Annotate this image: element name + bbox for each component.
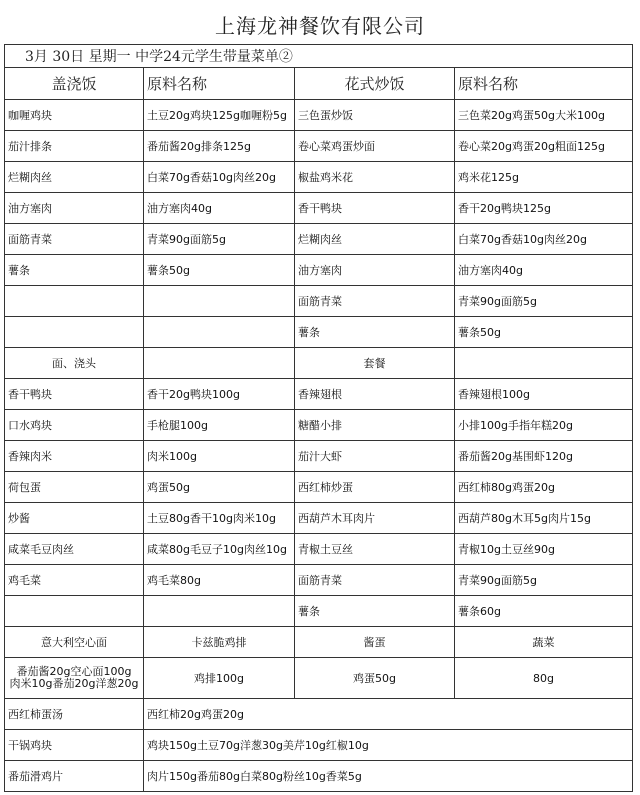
ingredients: 油方塞肉40g [144, 193, 295, 224]
menu-table: 3月 30日 星期一 中学24元学生带量菜单② 盖浇饭 原料名称 花式炒饭 原料… [4, 44, 633, 792]
header-noodles: 面、浇头 [5, 348, 144, 379]
ingredients: 青椒10g土豆丝90g [455, 534, 633, 565]
dish-name: 茄汁排条 [5, 131, 144, 162]
header-blank [144, 348, 295, 379]
dish-name: 茄汁大虾 [295, 441, 455, 472]
header-ingredients-2: 原料名称 [455, 68, 633, 100]
ingredients: 小排100g手指年糕20g [455, 410, 633, 441]
ingredients: 薯条50g [455, 317, 633, 348]
dish-name: 面筋青菜 [5, 224, 144, 255]
dish-name: 咖喱鸡块 [5, 100, 144, 131]
pasta-ingredients: 番茄酱20g空心面100g 肉米10g番茄20g洋葱20g [5, 658, 144, 699]
dish-name: 干锅鸡块 [5, 730, 144, 761]
ingredients: 西红柿80g鸡蛋20g [455, 472, 633, 503]
table-row: 面筋青菜 青菜90g面筋5g [5, 286, 633, 317]
dish-name: 香干鸭块 [5, 379, 144, 410]
ingredients: 青菜90g面筋5g [144, 224, 295, 255]
ingredients: 白菜70g香菇10g肉丝20g [455, 224, 633, 255]
header-vegetables: 蔬菜 [455, 627, 633, 658]
ingredients: 油方塞肉40g [455, 255, 633, 286]
header-row: 盖浇饭 原料名称 花式炒饭 原料名称 [5, 68, 633, 100]
dish-name: 卷心菜鸡蛋炒面 [295, 131, 455, 162]
header-braised-egg: 酱蛋 [295, 627, 455, 658]
dish-name: 番茄滑鸡片 [5, 761, 144, 792]
dish-name: 烂糊肉丝 [5, 162, 144, 193]
table-row: 面筋青菜 青菜90g面筋5g 烂糊肉丝 白菜70g香菇10g肉丝20g [5, 224, 633, 255]
ingredients: 肉片150g番茄80g白菜80g粉丝10g香菜5g [144, 761, 633, 792]
dish-name: 荷包蛋 [5, 472, 144, 503]
header-fried-rice: 花式炒饭 [295, 68, 455, 100]
chicken-cutlet-ingredients: 鸡排100g [144, 658, 295, 699]
ingredients: 青菜90g面筋5g [455, 286, 633, 317]
dish-name: 香辣翅根 [295, 379, 455, 410]
header-pasta: 意大利空心面 [5, 627, 144, 658]
header-chicken-cutlet: 卡兹脆鸡排 [144, 627, 295, 658]
dish-name: 薯条 [295, 317, 455, 348]
ingredients: 西葫芦80g木耳5g肉片15g [455, 503, 633, 534]
ingredients: 鸡蛋50g [144, 472, 295, 503]
dish-name: 口水鸡块 [5, 410, 144, 441]
table-row: 香干鸭块 香干20g鸭块100g 香辣翅根 香辣翅根100g [5, 379, 633, 410]
table-row: 薯条 薯条50g [5, 317, 633, 348]
ingredients: 薯条50g [144, 255, 295, 286]
company-title: 上海龙神餐饮有限公司 [0, 10, 640, 39]
table-row: 干锅鸡块 鸡块150g土豆70g洋葱30g美芹10g红椒10g [5, 730, 633, 761]
ingredients: 西红柿20g鸡蛋20g [144, 699, 633, 730]
table-row: 咖喱鸡块 土豆20g鸡块125g咖喱粉5g 三色蛋炒饭 三色菜20g鸡蛋50g大… [5, 100, 633, 131]
table-row: 烂糊肉丝 白菜70g香菇10g肉丝20g 椒盐鸡米花 鸡米花125g [5, 162, 633, 193]
table-row: 鸡毛菜 鸡毛菜80g 面筋青菜 青菜90g面筋5g [5, 565, 633, 596]
section-header-row: 意大利空心面 卡兹脆鸡排 酱蛋 蔬菜 [5, 627, 633, 658]
ingredients: 鸡块150g土豆70g洋葱30g美芹10g红椒10g [144, 730, 633, 761]
table-row: 薯条 薯条50g 油方塞肉 油方塞肉40g [5, 255, 633, 286]
header-gaijiaofan: 盖浇饭 [5, 68, 144, 100]
section-header-row: 面、浇头 套餐 [5, 348, 633, 379]
date-row: 3月 30日 星期一 中学24元学生带量菜单② [5, 45, 633, 68]
dish-name: 香辣肉米 [5, 441, 144, 472]
ingredients: 白菜70g香菇10g肉丝20g [144, 162, 295, 193]
dish-name: 油方塞肉 [5, 193, 144, 224]
table-row: 荷包蛋 鸡蛋50g 西红柿炒蛋 西红柿80g鸡蛋20g [5, 472, 633, 503]
dish-name: 三色蛋炒饭 [295, 100, 455, 131]
dish-name: 炒酱 [5, 503, 144, 534]
dish-name: 薯条 [5, 255, 144, 286]
ingredients: 土豆20g鸡块125g咖喱粉5g [144, 100, 295, 131]
ingredients: 香辣翅根100g [455, 379, 633, 410]
ingredients: 三色菜20g鸡蛋50g大米100g [455, 100, 633, 131]
ingredients: 番茄酱20g基围虾120g [455, 441, 633, 472]
dish-name: 糖醋小排 [295, 410, 455, 441]
table-row: 咸菜毛豆肉丝 咸菜80g毛豆子10g肉丝10g 青椒土豆丝 青椒10g土豆丝90… [5, 534, 633, 565]
dish-name [5, 317, 144, 348]
dish-name: 椒盐鸡米花 [295, 162, 455, 193]
ingredients [144, 596, 295, 627]
dish-name: 青椒土豆丝 [295, 534, 455, 565]
dish-name: 鸡毛菜 [5, 565, 144, 596]
dish-name: 面筋青菜 [295, 565, 455, 596]
ingredients: 香干20g鸭块100g [144, 379, 295, 410]
pasta-ingredients-line2: 肉米10g番茄20g洋葱20g [8, 678, 140, 690]
ingredients: 手枪腿100g [144, 410, 295, 441]
ingredients: 番茄酱20g排条125g [144, 131, 295, 162]
ingredients: 鸡米花125g [455, 162, 633, 193]
ingredients: 卷心菜20g鸡蛋20g粗面125g [455, 131, 633, 162]
ingredients: 鸡毛菜80g [144, 565, 295, 596]
dish-name: 香干鸭块 [295, 193, 455, 224]
dish-name: 西红柿蛋汤 [5, 699, 144, 730]
table-row: 油方塞肉 油方塞肉40g 香干鸭块 香干20g鸭块125g [5, 193, 633, 224]
table-row: 番茄滑鸡片 肉片150g番茄80g白菜80g粉丝10g香菜5g [5, 761, 633, 792]
ingredients [144, 286, 295, 317]
dish-name: 咸菜毛豆肉丝 [5, 534, 144, 565]
ingredients: 土豆80g香干10g肉米10g [144, 503, 295, 534]
header-blank [455, 348, 633, 379]
table-row: 口水鸡块 手枪腿100g 糖醋小排 小排100g手指年糕20g [5, 410, 633, 441]
dish-name: 油方塞肉 [295, 255, 455, 286]
table-row: 西红柿蛋汤 西红柿20g鸡蛋20g [5, 699, 633, 730]
dish-name: 西红柿炒蛋 [295, 472, 455, 503]
table-row: 番茄酱20g空心面100g 肉米10g番茄20g洋葱20g 鸡排100g 鸡蛋5… [5, 658, 633, 699]
table-row: 炒酱 土豆80g香干10g肉米10g 西葫芦木耳肉片 西葫芦80g木耳5g肉片1… [5, 503, 633, 534]
braised-egg-ingredients: 鸡蛋50g [295, 658, 455, 699]
dish-name: 面筋青菜 [295, 286, 455, 317]
ingredients: 青菜90g面筋5g [455, 565, 633, 596]
dish-name [5, 286, 144, 317]
table-row: 薯条 薯条60g [5, 596, 633, 627]
header-set-meal: 套餐 [295, 348, 455, 379]
table-row: 香辣肉米 肉米100g 茄汁大虾 番茄酱20g基围虾120g [5, 441, 633, 472]
table-row: 茄汁排条 番茄酱20g排条125g 卷心菜鸡蛋炒面 卷心菜20g鸡蛋20g粗面1… [5, 131, 633, 162]
dish-name: 烂糊肉丝 [295, 224, 455, 255]
ingredients: 肉米100g [144, 441, 295, 472]
header-ingredients-1: 原料名称 [144, 68, 295, 100]
ingredients [144, 317, 295, 348]
ingredients: 咸菜80g毛豆子10g肉丝10g [144, 534, 295, 565]
ingredients: 香干20g鸭块125g [455, 193, 633, 224]
vegetables-amount: 80g [455, 658, 633, 699]
dish-name [5, 596, 144, 627]
dish-name: 西葫芦木耳肉片 [295, 503, 455, 534]
ingredients: 薯条60g [455, 596, 633, 627]
dish-name: 薯条 [295, 596, 455, 627]
menu-subtitle: 3月 30日 星期一 中学24元学生带量菜单② [5, 45, 633, 68]
